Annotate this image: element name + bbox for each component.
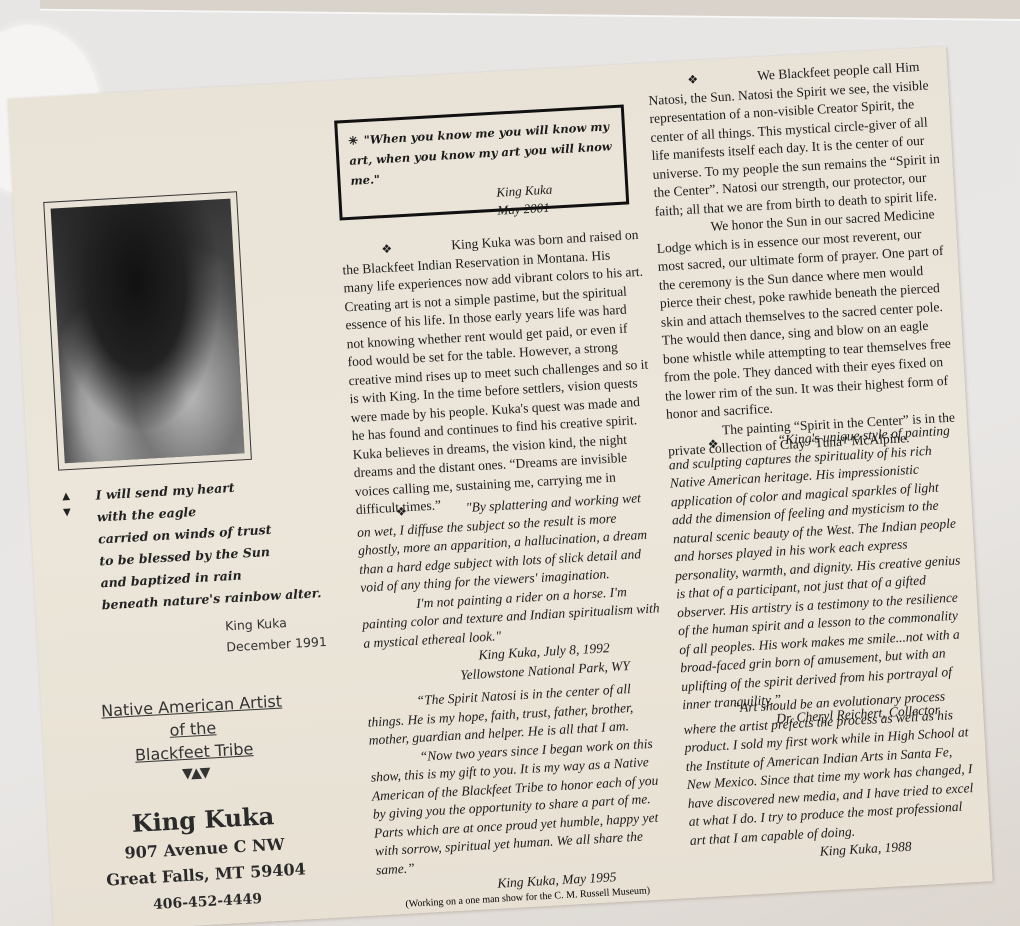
natosi-section: ❖We Blackfeet people call Him Natosi, th… bbox=[647, 57, 958, 461]
quote-1995-paragraph-2: “Now two years since I began work on thi… bbox=[369, 733, 676, 879]
tribe-heading-line-2: of the bbox=[169, 718, 217, 740]
asterisk-icon: ✳ bbox=[348, 133, 358, 148]
poem-lines: I will send my heart with the eagle carr… bbox=[95, 472, 326, 616]
quote-1992-paragraph-1: ❖"By splattering and working wet on wet,… bbox=[356, 488, 661, 597]
quote-1992-section: ❖"By splattering and working wet on wet,… bbox=[356, 488, 666, 689]
brochure-page: ▲▼ I will send my heart with the eagle c… bbox=[7, 46, 992, 926]
triangle-up-down-icon: ▲▼ bbox=[59, 488, 74, 521]
four-diamond-bullet-icon: ❖ bbox=[396, 499, 467, 521]
bio-section: ❖King Kuka was born and raised on the Bl… bbox=[341, 226, 656, 520]
artist-photo bbox=[43, 191, 252, 470]
poem-signature: King Kuka December 1991 bbox=[225, 610, 329, 658]
reichert-quote-text: ❖“King's unique style of painting and sc… bbox=[667, 421, 972, 714]
quote-1995-section: “The Spirit Natosi is in the center of a… bbox=[366, 678, 678, 911]
natosi-paragraph-1: ❖We Blackfeet people call Him Natosi, th… bbox=[647, 57, 945, 221]
natosi-paragraph-2: We honor the Sun in our sacred Medicine … bbox=[655, 205, 956, 424]
quote-1988-text: “Art should be an evolutionary process w… bbox=[682, 686, 980, 850]
contact-block: King Kuka 907 Avenue C NW Great Falls, M… bbox=[87, 798, 323, 923]
artist-photo-image bbox=[51, 199, 245, 464]
tribe-heading: Native American Artist of the Blackfeet … bbox=[71, 688, 315, 788]
poem-date: December 1991 bbox=[226, 631, 329, 658]
quote-1988-section: “Art should be an evolutionary process w… bbox=[682, 686, 981, 868]
bio-paragraph: ❖King Kuka was born and raised on the Bl… bbox=[341, 226, 656, 520]
four-diamond-bullet-icon: ❖ bbox=[687, 67, 758, 89]
tribe-heading-line-3: Blackfeet Tribe bbox=[134, 739, 253, 765]
four-diamond-bullet-icon: ❖ bbox=[381, 236, 452, 258]
poem-block: ▲▼ I will send my heart with the eagle c… bbox=[59, 472, 329, 666]
reichert-quote-section: ❖“King's unique style of painting and sc… bbox=[667, 421, 973, 733]
boxed-quote: ✳"When you know me you will know my art,… bbox=[334, 104, 629, 220]
